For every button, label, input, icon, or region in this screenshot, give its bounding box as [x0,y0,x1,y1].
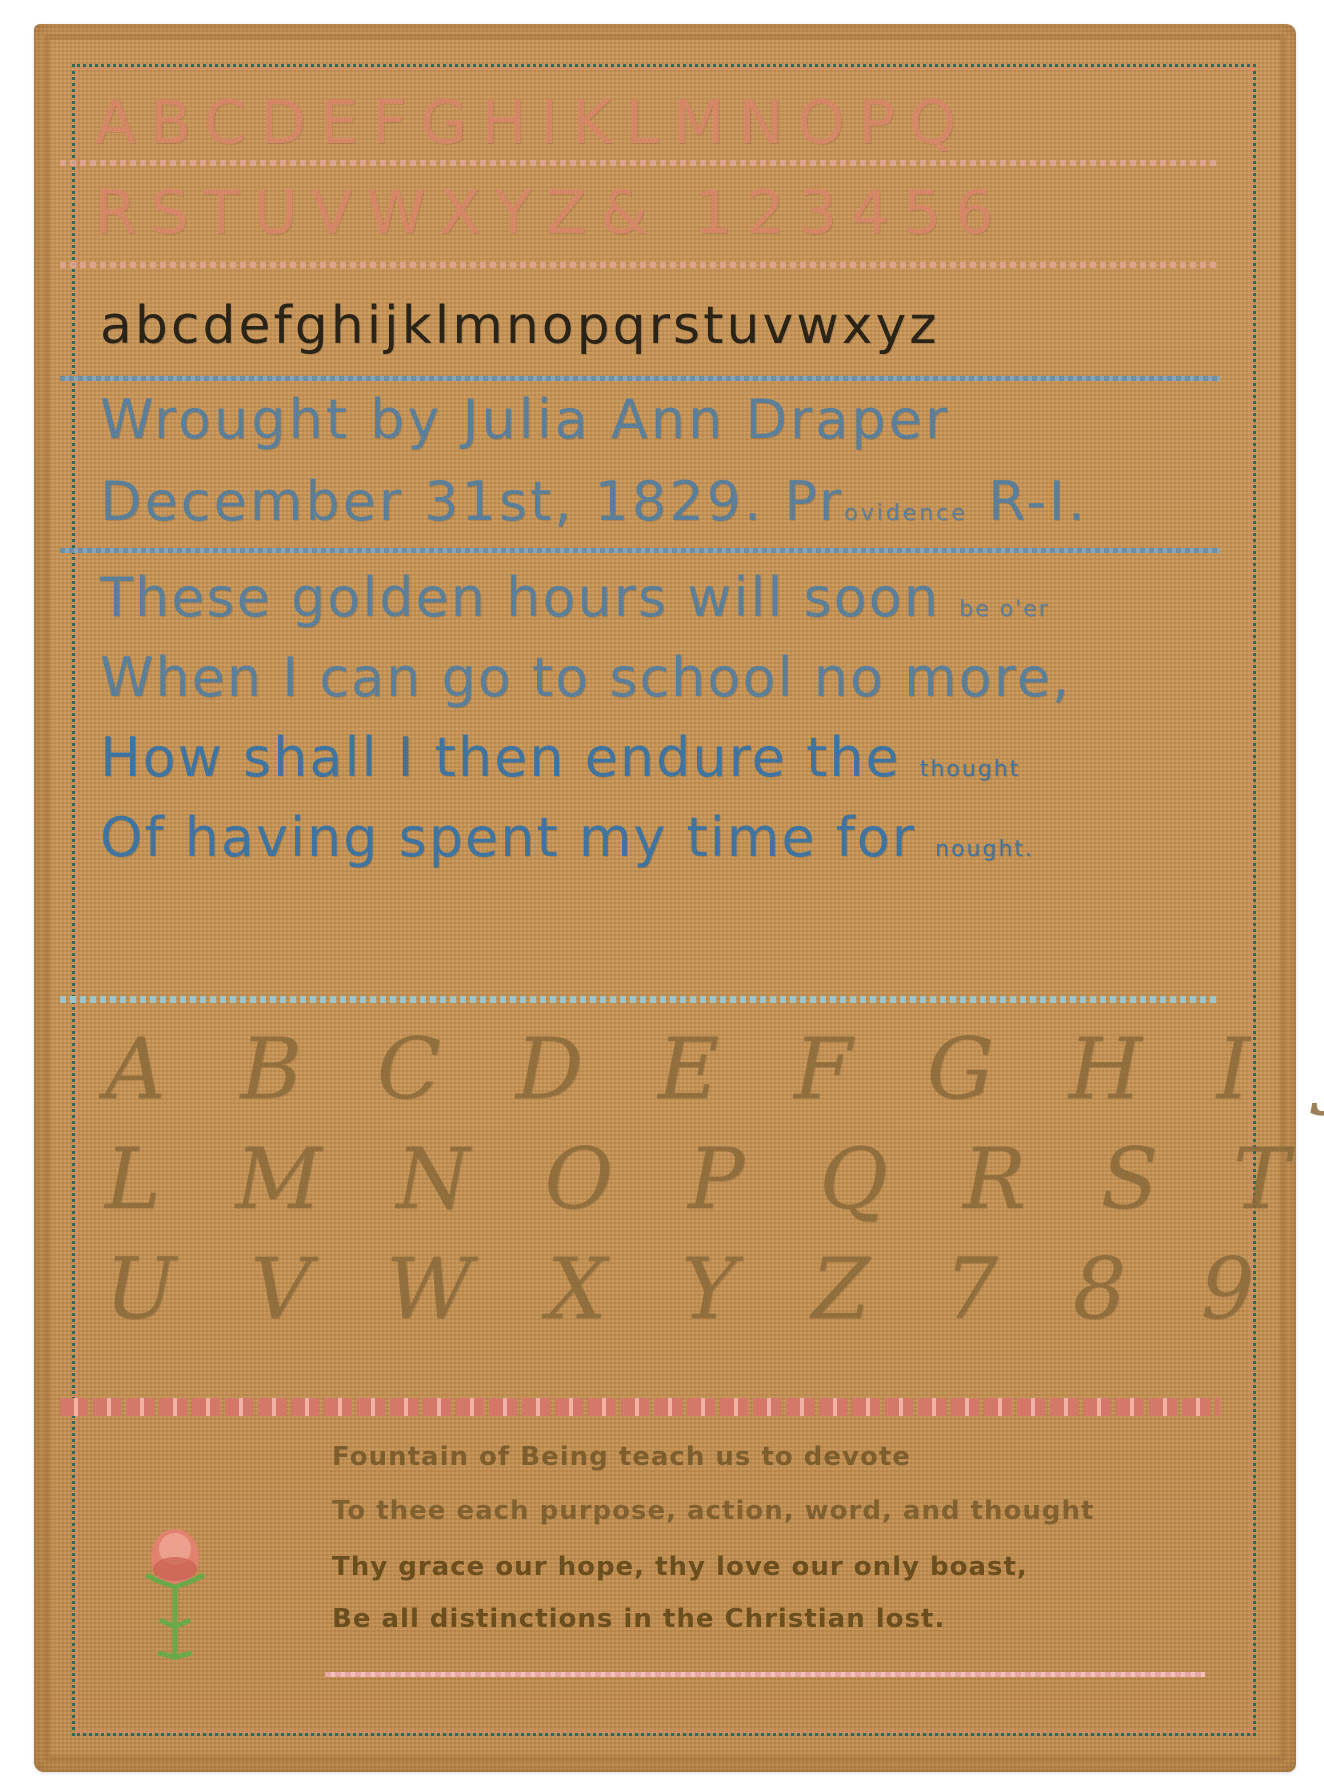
blue-divider-1 [60,376,1220,381]
verse1-line-3: How shall I then endure the thought [100,726,1240,789]
signature-line-2: December 31st, 1829. Providence R-I. [100,470,1240,533]
verse1-line-4-small: nought. [935,837,1034,862]
alphabet-uppercase-row-1: ABCDEFGHIKLMNOPQ [95,88,1235,158]
verse2-line-4: Be all distinctions in the Christian los… [332,1604,1324,1634]
date-text: December 31st, 1829. Pr [100,470,844,533]
blue-divider-2 [60,548,1220,553]
pink-floral-band [60,1398,1220,1416]
verse1-line-1-text: These golden hours will soon [100,566,940,629]
verse1-line-3-small: thought [920,757,1021,782]
state-text: R-I. [988,470,1088,533]
pink-bottom-line [325,1672,1205,1677]
script-alphabet-row-1: A B C D E F G H I J K [105,1020,1245,1118]
verse2-line-3: Thy grace our hope, thy love our only bo… [332,1552,1324,1582]
verse1-line-1: These golden hours will soon be o'er [100,566,1240,629]
rosebud-icon [140,1525,210,1665]
pink-divider-2 [60,262,1220,268]
verse1-line-3-text: How shall I then endure the [100,726,901,789]
verse1-line-2-text: When I can go to school no more, [100,646,1071,709]
verse2-line-1: Fountain of Being teach us to devote [332,1442,1324,1472]
light-blue-divider [60,996,1220,1003]
alphabet-lowercase: abcdefghijklmnopqrstuvwxyz [100,296,1240,356]
pink-divider-1 [60,160,1220,166]
verse1-line-1-small: be o'er [959,597,1050,622]
verse1-line-4: Of having spent my time for nought. [100,806,1240,869]
script-alphabet-row-3: U V W X Y Z 7 8 9 10 11 [105,1240,1245,1338]
place-text-small: ovidence [844,501,968,526]
alphabet-uppercase-row-2: RSTUVWXYZ& 123456 [95,178,1235,248]
script-alphabet-row-2: L M N O P Q R S T [105,1130,1245,1228]
verse2-line-2: To thee each purpose, action, word, and … [332,1496,1324,1526]
verse1-line-2: When I can go to school no more, [100,646,1240,709]
signature-line-1: Wrought by Julia Ann Draper [100,388,1240,451]
verse1-line-4-text: Of having spent my time for [100,806,916,869]
